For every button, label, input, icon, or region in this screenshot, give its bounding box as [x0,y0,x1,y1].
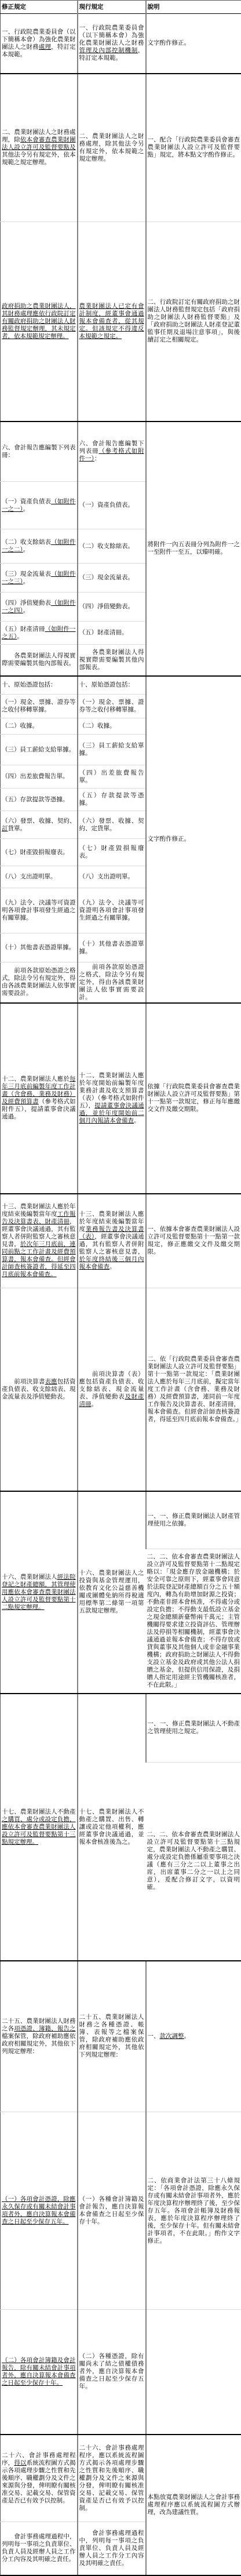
table-row: 前項決算書表應包括資產負債表、收支餘絀表、現金流量表及淨值變動表。 前項決算書（… [1,1288,241,1491]
cell-current: （八）支出證明單。 [78,866,146,888]
cell-amended: （一）現金、票據、證券等之收付移轉單據。 [1,695,78,718]
table-header: 修正規定 現行規定 說明 [1,1,241,14]
cell-current: 農業財團法人已定有會計制度，經董事會通過報本會備查者，從其規定。但該規定不得違反… [78,222,146,422]
cell-amended: （四）淨值變動表（如附件一之四）。 [1,593,78,622]
revised-text: 款次調整 [160,2033,184,2040]
cell-explanation: 文字酌作修正。 [146,14,241,74]
cell-amended: （七）財產毀損報廢表。 [1,839,78,866]
cell-current: （三）員工薪給支給單據。 [78,735,146,765]
revised-text: 政府捐助之農業財團法人，其財務處理應依行政院訂定有關政府捐助之財團法人財務監督規… [2,303,76,340]
table-row: 政府捐助之農業財團法人，其財務處理應依行政院訂定有關政府捐助之財團法人財務監督規… [1,222,241,422]
revised-text: （如附件一之四） [2,600,76,614]
revised-text: 提請董事會決議通過，並於年度開始前二個月內報請本會備查 [79,1103,144,1124]
cell-explanation: 一、一、修正農業財團法人財產管理使用之依據。 [146,1491,241,1549]
revised-text: （一）各項會計憑證，除應永久保存或有關未結會計事項者外，應自決算報本會備查之日起… [2,2196,76,2225]
cell-amended: 二十六、會計事務處理程序，得以系統流程圖方式揭示各項處理步驟之性質和先後順序、職… [1,2435,78,2522]
cell-amended: （十）其他書表憑證單據。 [1,933,78,962]
table-row: （一）各項會計憑證，除應永久保存或有關未結會計事項者外，應自決算報本會備查之日起… [1,2112,241,2310]
cell-current: 二十五、農業財團法人財務之各種憑證、帳簿、表報等之檔案保管，除政府補助應依政府相… [78,1961,146,2112]
cell-amended: （二）各項會計簿籍及會計報告，除有關未結會計事項者外，應自決算報本會備查之日起至… [1,2310,78,2435]
revised-text: 處理 [39,44,51,50]
revised-text: （如附件一之一） [2,499,76,513]
revised-text: 業務報告書及決算書（表） [79,1226,144,1240]
cell-current: （五）存款提款等憑據。 [78,789,146,811]
cell-amended: （三）員工薪給支給單據。 [1,735,78,765]
cell-amended: 十七、農業財團法人不動產之購買、處分或設定負擔，應依本會審查農業財團法人設立許可… [1,1694,78,1961]
cell-current: 六、會計報告應編製下列表冊（參考格式如附件一）： [78,422,146,482]
cell-amended: （一）資產負債表（如附件一之一）。 [1,482,78,529]
table-row: 十三、農業財團法人應於年度結束後編製當年度工作報告及決算書表、財產清冊，經董事會… [1,1194,241,1288]
revised-text: 依本會審查農業財團法人設立許可及監督要點及 [2,137,76,151]
cell-amended: 一、行政院農業委員會（以下簡稱本會）為強化農業財團法人之財務處理，特訂定本規範。 [1,14,78,74]
cell-amended: （八）支出證明單。 [1,866,78,888]
cell-current: 十三、農業財團法人應於年度結束後編製當年度業務報告書及決算書（表），經董事會決議… [78,1194,146,1288]
table-row: 二、農業財團法人之財務處理，除依本會審查農業財團法人設立許可及監督要點及其他法令… [1,74,241,222]
cell-current: （一）資產負債表。 [78,482,146,529]
cell-current: 一、行政院農業委員會（以下簡稱本會）為強化農業財團法人之財務管理及內部控制機制，… [78,14,146,74]
revised-text: 工作報告及決算書表、財產清冊 [2,1211,76,1225]
cell-amended: 前項決算書表應包括資產負債表、收支餘絀表、現金流量表及淨值變動表。 [1,1288,78,1491]
cell-explanation: 將附件一內五表冊分列為附件一之一至附件一至五，以臻明確。 [146,422,241,676]
cell-amended: （六）發票、收據、契約、訂貨單。 [1,811,78,839]
cell-amended: （二）收支餘絀表（如附件一之二）。 [1,529,78,564]
revised-text: 農業財團法人已定有會計制度，經董事會通過報本會備查者，從其規定。但該規定不得違反… [79,303,144,340]
cell-current: （十）其他書表憑證單據。 [78,933,146,962]
cell-current: （三）現金流量表。 [78,564,146,593]
cell-amended: 二、農業財團法人之財務處理，除依本會審查農業財團法人設立許可及監督要點及其他法令… [1,74,78,222]
cell-amended: 會計事務處理過程中，列明每一事項之負責單位、負責人員及經辦人員之工作分工內容及其… [1,2522,78,2575]
cell-explanation: 二、依商業會計法第三十八條規定：「各項會計憑證，除應永久保存或有關未結會計事項者… [146,2112,241,2310]
table-row: 十二、農業財團法人應於每年三月底前編製年度工作計畫（含會務、業務及財務）及經費預… [1,1003,241,1194]
cell-explanation: 一、款次調整。 [146,1961,241,2112]
cell-current: （六）發票、收據、契約、定貨單。 [78,811,146,839]
cell-current: 二十六、會計事務處理程序，應以系統流程圖方式揭示各項處理步驟之性質和先後順序、職… [78,2435,146,2522]
revised-text: 項憑證、簿籍、報告之 [14,2026,75,2032]
cell-explanation: 二、依「行政院農業委員會審查農業財團法人設立許可及監督要點」第十一點第一款規定：… [146,1288,241,1491]
cell-explanation: 一、依據本會審查農業財團法人設立許可及監督要點第十一點第一款規定，修正應繳交文件… [146,1194,241,1288]
cell-amended: 前項各款原始憑證之格式，除法令另有規定外，得由各該農業財團法人依事實需要設計。 [1,962,78,1003]
cell-amended: 十二、農業財團法人應於每年三月底前編製年度工作計畫（含會務、業務及財務）及經費預… [1,1003,78,1194]
cell-current: （九）法令、決議等可資證明各項會計事項發生經過之有關單據。 [78,888,146,933]
cell-amended: （一）各項會計憑證，除應永久保存或有關未結會計事項者外，應自決算報本會備查之日起… [1,2112,78,2310]
table-row: 十六、農業財團法人經法院登記之財產總額，其管理使用應依本會審查農業財團法人設立許… [1,1491,241,1549]
column-header-amended: 修正規定 [1,1,78,14]
cell-amended: （五）財產清冊（如附件一之五）。 [1,622,78,645]
cell-explanation: 文字酌作修正。 [146,676,241,1003]
cell-current: 前項各款原始憑證之格式，除法令另有規定外，得由各該農業財團法人依事實需要設計。 [78,962,146,1003]
cell-explanation: 二、二、依本會審查農業財團法人設立許可及監督要點第十二點規定略以：「現金應存放金… [146,1549,241,1694]
revised-text: （如附件一之三） [2,571,76,585]
revised-text: 訂 [2,826,8,832]
column-header-current: 現行規定 [78,1,146,14]
cell-current: （五）財產清冊。 [78,622,146,645]
cell-amended: 十、原始憑證包括： [1,676,78,695]
revised-text: 管理及內部控制機制 [79,48,138,54]
revised-text: 之購買、處分或設定負擔，應依本會審查農業財團法人設立許可及監督要點第十三點規定辦… [2,1816,76,1845]
table-row: （二）各項會計簿籍及會計報告，除有關未結會計事項者外，應自決算報本會備查之日起至… [1,2310,241,2435]
cell-amended: 六、會計報告應編製下列表冊： [1,422,78,482]
cell-current: 二、農業財團法人之財務處理，除其他法令另有規定外，依本規範之規定辦理。 [78,74,146,222]
cell-explanation: 依據「行政院農業委員會審查農業財團法人設立許可及監督要點」第十一點第一款規定，修… [146,1003,241,1194]
cell-current: 十、原始憑證包括： [78,676,146,695]
revised-text: （如附件一之五） [2,626,76,640]
revised-text: 於次年三月底前，連同前點之工作計畫及經費預算書，報本會備查。但經會計師查核簽證者… [2,1241,76,1278]
table-row: 六、會計報告應編製下列表冊：六、會計報告應編製下列表冊（參考格式如附件一）：將附… [1,422,241,482]
cell-amended: 各農業財團法人得視實際需要編製其他內部報表。 [1,645,78,676]
table-row: 二十五、農業財團法人財務之各項憑證、簿籍、報告之檔案保管，除政府補助應依政府相關… [1,1961,241,2112]
cell-amended: （三）現金流量表（如附件一之三）。 [1,564,78,593]
cell-current: 十七、農業財團法人不動產之購置、出售、轉讓或設定他項權利，應經董事會決議通過，並… [78,1694,146,1961]
table-row: 十七、農業財團法人不動產之購買、處分或設定負擔，應依本會審查農業財團法人設立許可… [1,1694,241,1763]
table-row: 二十六、會計事務處理程序，得以系統流程圖方式揭示各項處理步驟之性質和先後順序、職… [1,2435,241,2522]
table-row: 一、行政院農業委員會（以下簡稱本會）為強化農業財團法人之財務處理，特訂定本規範。… [1,14,241,74]
cell-explanation: 二、二、依本會審查農業財團法人設立許可及監督要點第十三點規定，農業財團法人不動產… [146,1763,241,1961]
cell-current: 十六、農業財團法人之投資與基金管理運用，依教育文化公益慈善機關或團體免納所得稅適… [78,1491,146,1694]
cell-amended: 政府捐助之農業財團法人，其財務處理應依行政院訂定有關政府捐助之財團法人財務監督規… [1,222,78,422]
cell-current: （四）淨值變動表。 [78,593,146,622]
cell-current: （二）各種憑證，除有關尚未了結之債權債務者外，應自決算報本會備查之日起至少保存五… [78,2310,146,2435]
revised-text: 每年三月底前編製年度工作計畫（含會務、業務及財務）及經費預算書 [2,1076,76,1105]
revised-text: 得以 [14,2460,26,2466]
revised-text: 經法院登記之財產總額，其管理使用應依本會審查農業財團法人設立許可及監督要點第十二… [2,1574,76,1611]
table-row: 十、原始憑證包括：十、原始憑證包括：文字酌作修正。 [1,676,241,695]
cell-explanation: 本點放寬農業財團法人之會計事務處理程序應以系統流程圖方式辦理，改為建議性質。 [146,2435,241,2575]
header-row: 修正規定 現行規定 說明 [1,1,241,14]
cell-amended: 二十五、農業財團法人財務之各項憑證、簿籍、報告之檔案保管，除政府補助應依政府相關… [1,1961,78,2112]
comparison-table: 修正規定 現行規定 說明 一、行政院農業委員會（以下簡稱本會）為強化農業財團法人… [0,0,241,2576]
cell-current: 會計事務處理過程中，列明每一事項之負責單位、負責人員及經辦人員之工作分工內容及其… [78,2522,146,2575]
cell-current: 各農業財團法人得視實際需要編製其他內部報表。 [78,645,146,676]
cell-current: （一）各種會計簿籍及會計報告，應自決算報本會備查之日起至少保存十年。 [78,2112,146,2310]
revised-text: 表應 [45,1379,57,1385]
cell-current: 前項決算書（表）應包括資產負債表、收支餘絀表、現金流量表、淨值變動表及財產清冊。 [78,1288,146,1491]
cell-amended: （九）法令、決議等可資證明各項會計事項發生經過之有關單據。 [1,888,78,933]
cell-current: （一）現金、票據、證券等之收付移轉單據。 [78,695,146,718]
cell-current: （二）收支餘絀表。 [78,529,146,564]
revised-text: （二）各項會計簿籍及會計報告，除有關未結會計事項者外，應自決算報本會備查之日起至… [2,2357,76,2386]
cell-amended: （五）存款提款等憑據。 [1,789,78,811]
cell-amended: 十六、農業財團法人經法院登記之財產總額，其管理使用應依本會審查農業財團法人設立許… [1,1491,78,1694]
table-body: 一、行政院農業委員會（以下簡稱本會）為強化農業財團法人之財務處理，特訂定本規範。… [1,14,241,2575]
column-header-explanation: 說明 [146,1,241,14]
cell-current: 十二、農業財團法人應於年度開始前編製年度業務計畫及收支預算書（表）（參考格式如附… [78,1003,146,1194]
cell-explanation: 一、配合「行政院農業委員會審查農業財團法人設立許可及監督要點」規定，將本點文字酌… [146,74,241,222]
cell-explanation [146,2310,241,2435]
revised-text: 及財產清冊 [79,1394,144,1408]
cell-current: （二）收據。 [78,718,146,735]
cell-amended: （二）收據。 [1,718,78,735]
cell-current: （七）財產毀損報廢表。 [78,839,146,866]
cell-amended: 十三、農業財團法人應於年度結束後編製當年度工作報告及決算書表、財產清冊，經董事會… [1,1194,78,1288]
revised-text: 於年度終結後三個月內報本會備查 [79,1256,144,1270]
revised-text: （如附件一之二） [2,539,76,553]
cell-explanation: 一、一、修正農業財團法人不動產之管理使用之規定。 [146,1694,241,1763]
cell-explanation: 二、行政院訂定有關政府捐助之財團法人財務監督規定包括「政府捐助之財團法人財務監督… [146,222,241,422]
revised-text: （參考格式如附件一） [79,448,144,462]
cell-current: （四）出差旅費報告單。 [78,765,146,789]
cell-amended: （四）出差旅費報告單。 [1,765,78,789]
